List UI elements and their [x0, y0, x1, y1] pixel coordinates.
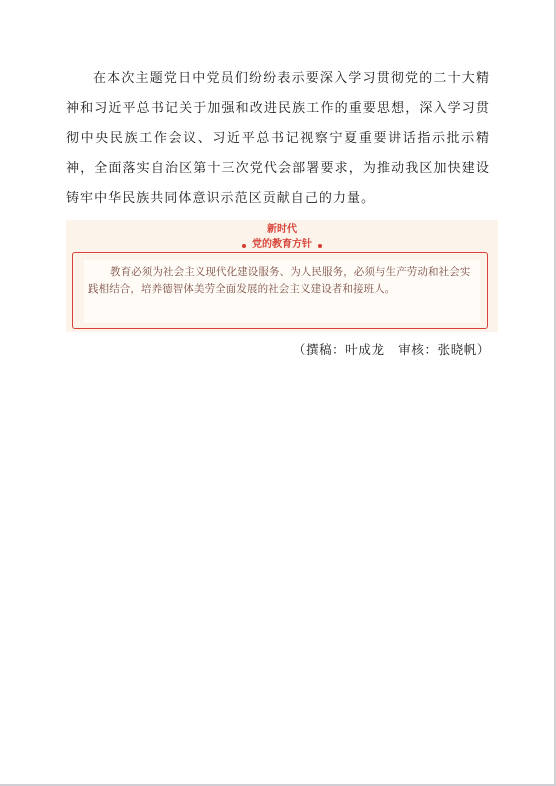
document-page: 在本次主题党日中党员们纷纷表示要深入学习贯彻党的二十大精神和习近平总书记关于加强…	[0, 0, 556, 786]
card-body-text: 教育必须为社会主义现代化建设服务、为人民服务，必须与生产劳动和社会实践相结合，培…	[88, 264, 480, 297]
bullet-dot-icon	[318, 244, 322, 248]
body-paragraph: 在本次主题党日中党员们纷纷表示要深入学习贯彻党的二十大精神和习近平总书记关于加强…	[66, 64, 490, 214]
education-policy-card: 新时代 党的教育方针 教育必须为社会主义现代化建设服务、为人民服务，必须与生产劳…	[66, 220, 498, 332]
card-title-line2-wrap: 党的教育方针	[240, 238, 324, 252]
card-title-line2: 党的教育方针	[252, 239, 312, 250]
bullet-dot-icon	[242, 244, 246, 248]
card-title: 新时代 党的教育方针	[66, 223, 498, 252]
card-title-line1: 新时代	[66, 223, 498, 237]
byline: （撰稿：叶成龙 审核：张晓帆）	[280, 340, 490, 358]
